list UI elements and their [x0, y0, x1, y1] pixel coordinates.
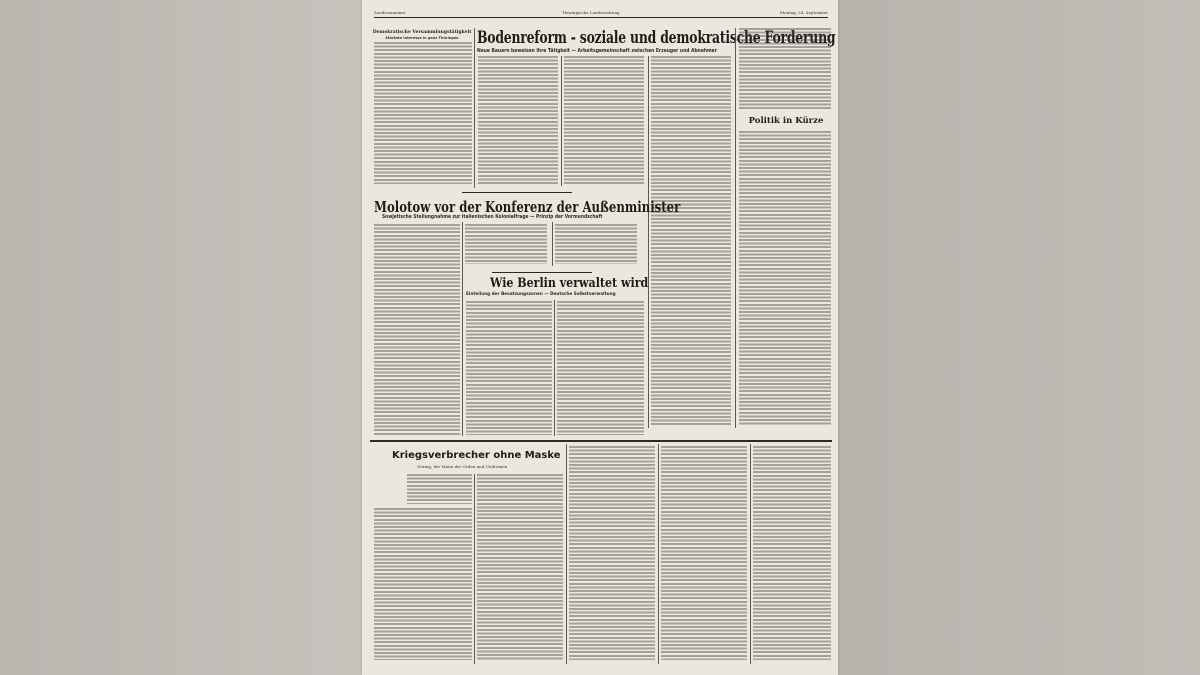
molotow-body-col3 — [555, 224, 637, 264]
column-rule — [566, 444, 567, 664]
berlin-headline: Wie Berlin verwaltet wird — [490, 276, 648, 291]
column-rule — [658, 444, 659, 664]
running-head-center: Thüringische Landeszeitung — [562, 10, 620, 15]
bodenreform-dek: Neue Bauern beweisen ihre Tätigkeit — Ar… — [477, 48, 717, 54]
running-head-right: Montag, 24. September — [780, 10, 828, 15]
bodenreform-body-col1 — [478, 56, 558, 184]
berlin-body-col1 — [466, 301, 552, 435]
column-rule — [462, 222, 463, 436]
kriegsverbrecher-body-col3 — [569, 446, 655, 660]
molotow-body-col1 — [374, 224, 460, 436]
kriegsverbrecher-dek: Göring, der Mann der Orden und Uniformen — [417, 464, 507, 469]
column-rule — [552, 222, 553, 266]
versammlung-body — [374, 42, 472, 184]
running-head-left: Sondernummer — [374, 10, 406, 15]
bodenreform-body-col2 — [564, 56, 644, 184]
kriegsverbrecher-body-col4 — [661, 446, 747, 660]
kriegsverbrecher-intro — [407, 474, 472, 504]
politik-headline: Politik in Kürze — [744, 116, 828, 126]
column-rule — [648, 56, 649, 428]
header-rule — [374, 17, 828, 18]
politik-body — [739, 131, 831, 426]
molotow-body-col2 — [465, 224, 547, 264]
section-rule — [462, 192, 572, 193]
section-divider — [370, 440, 832, 442]
column-rule — [735, 28, 736, 428]
kriegsverbrecher-body-col2 — [477, 474, 563, 660]
background-left — [0, 0, 362, 675]
versammlung-headline: Demokratische Versammlungstätigkeit — [372, 30, 472, 35]
background-right — [838, 0, 1200, 675]
column-rule — [474, 28, 475, 188]
molotow-headline: Molotow vor der Konferenz der Außenminis… — [374, 198, 680, 216]
kriegsverbrecher-body-col5 — [753, 446, 831, 660]
berlin-dek: Einteilung der Besatzungszonen — Deutsch… — [466, 292, 616, 297]
kriegsverbrecher-body-col1 — [374, 508, 472, 660]
column-rule — [554, 300, 555, 436]
newspaper-page: Sondernummer Thüringische Landeszeitung … — [362, 0, 838, 675]
column-rule — [474, 474, 475, 664]
bodenreform-body-col4 — [739, 28, 831, 110]
berlin-body-col2 — [557, 301, 644, 435]
kriegsverbrecher-headline: Kriegsverbrecher ohne Maske — [392, 450, 561, 461]
section-rule — [492, 272, 592, 273]
molotow-dek: Sowjetische Stellungnahme zur italienisc… — [382, 215, 603, 220]
column-rule — [561, 56, 562, 186]
column-rule — [750, 444, 751, 664]
versammlung-dek: Stärkste Interesse in ganz Thüringen — [372, 36, 472, 40]
bodenreform-body-col3 — [651, 56, 731, 426]
